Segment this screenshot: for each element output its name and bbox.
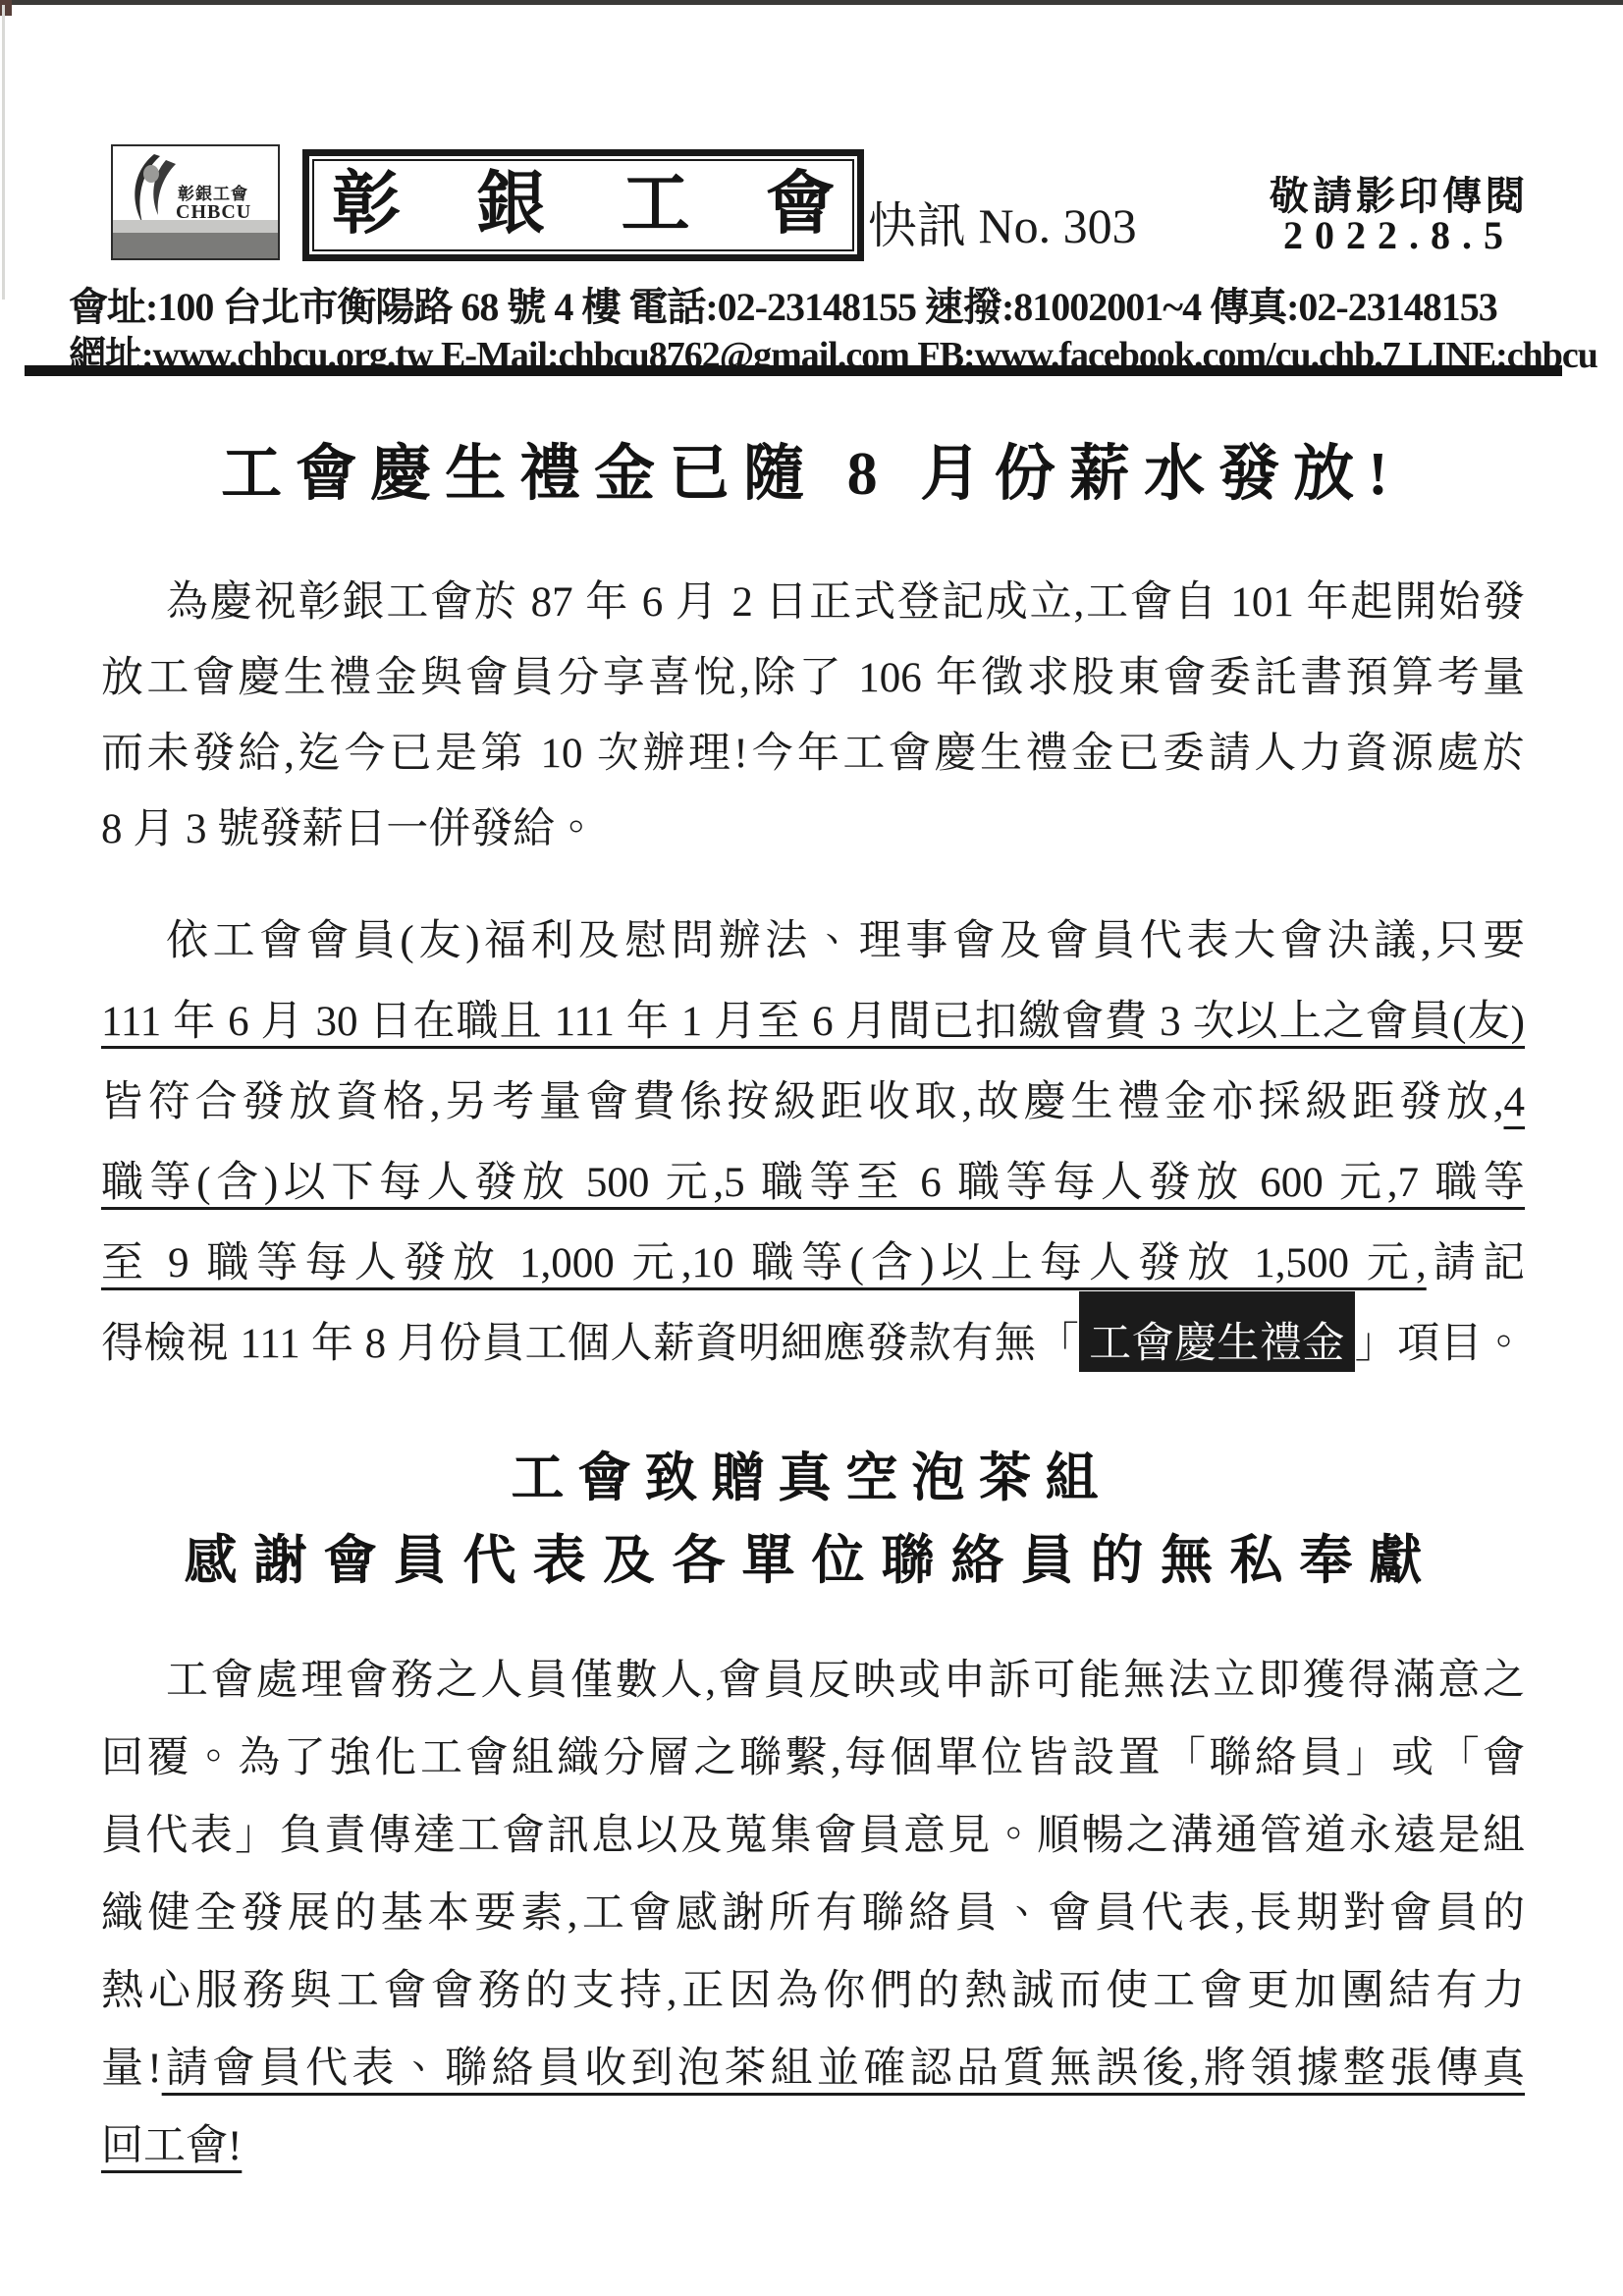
text-segment: 工會處理會務之人員僅數人,會員反映或申訴可能無法立即獲得滿意之: [166, 1658, 1525, 1704]
text-segment: 織健全發展的基本要素,工會感謝所有聯絡員、會員代表,長期對會員的: [101, 1890, 1525, 1937]
text-segment: 量!: [101, 2046, 162, 2092]
article2-title-line2: 感謝會員代表及各單位聯絡員的無私奉獻: [0, 1518, 1623, 1594]
text-line: 熱心服務與工會會務的支持,正因為你們的熱誠而使工會更加團結有力: [101, 1952, 1525, 2030]
highlighted-text: 工會慶生禮金: [1079, 1291, 1355, 1372]
underlined-text: 4: [1504, 1079, 1526, 1125]
article1-paragraph1: 為慶祝彰銀工會於 87 年 6 月 2 日正式登記成立,工會自 101 年起開始…: [101, 565, 1525, 867]
issue-date: 2022.8.5: [1259, 212, 1540, 258]
article1-paragraph2: 依工會會員(友)福利及慰問辦法、理事會及會員代表大會決議,只要111 年 6 月…: [101, 902, 1525, 1385]
article2-title-line1: 工會致贈真空泡茶組: [0, 1436, 1623, 1511]
bulletin-number: 快訊 No. 303: [868, 187, 1137, 257]
text-line: 為慶祝彰銀工會於 87 年 6 月 2 日正式登記成立,工會自 101 年起開始…: [101, 565, 1525, 640]
masthead-title-char: 銀: [476, 171, 545, 240]
scan-left-edge-artifact: [2, 5, 5, 300]
masthead-title-box-gap: 彰銀工會: [309, 156, 857, 254]
text-segment: 8 月 3 號發薪日一併發給。: [101, 806, 597, 852]
text-segment: 熱心服務與工會會務的支持,正因為你們的熱誠而使工會更加團結有力: [101, 1968, 1525, 2014]
scan-edge-line: [0, 0, 1623, 5]
logo-light-band: [113, 220, 278, 233]
masthead-title-char: 彰: [332, 171, 401, 240]
header-divider-rule: [25, 365, 1562, 376]
text-segment: 員代表」負責傳達工會訊息以及蒐集會員意見。順暢之溝通管道永遠是組: [101, 1813, 1525, 1859]
underlined-text: 111 年 6 月 30 日在職且 111 年 1 月至 6 月間已扣繳會費 3…: [101, 999, 1525, 1045]
text-line: 織健全發展的基本要素,工會感謝所有聯絡員、會員代表,長期對會員的: [101, 1875, 1525, 1952]
text-segment: 放工會慶生禮金與會員分享喜悅,除了 106 年徵求股東會委託書預算考量: [101, 655, 1525, 701]
scanned-newsletter-page: { "header": { "logo": { "name_cn": "彰銀工會…: [0, 0, 1623, 2296]
text-line: 依工會會員(友)福利及慰問辦法、理事會及會員代表大會決議,只要: [101, 902, 1525, 982]
text-line: 工會處理會務之人員僅數人,會員反映或申訴可能無法立即獲得滿意之: [101, 1642, 1525, 1720]
text-line: 8 月 3 號發薪日一併發給。: [101, 792, 1525, 867]
text-line: 量!請會員代表、聯絡員收到泡茶組並確認品質無誤後,將領據整張傳真: [101, 2030, 1525, 2107]
logo-swoosh-icon: [125, 152, 180, 229]
text-line: 回覆。為了強化工會組織分層之聯繫,每個單位皆設置「聯絡員」或「會: [101, 1720, 1525, 1797]
text-line: 111 年 6 月 30 日在職且 111 年 1 月至 6 月間已扣繳會費 3…: [101, 982, 1525, 1063]
text-line: 放工會慶生禮金與會員分享喜悅,除了 106 年徵求股東會委託書預算考量: [101, 640, 1525, 716]
text-segment: 回覆。為了強化工會組織分層之聯繫,每個單位皆設置「聯絡員」或「會: [101, 1735, 1525, 1781]
text-segment: 皆符合發放資格,另考量會費係按級距收取,故慶生禮金亦採級距發放,: [101, 1079, 1504, 1125]
underlined-text: 請會員代表、聯絡員收到泡茶組並確認品質無誤後,將領據整張傳真: [162, 2046, 1525, 2092]
masthead-title-char: 會: [766, 171, 835, 240]
text-segment: 而未發給,迄今已是第 10 次辦理!今年工會慶生禮金已委請人力資源處於: [101, 731, 1525, 777]
underlined-text: 回工會!: [101, 2123, 242, 2169]
masthead-title-char: 工: [622, 171, 690, 240]
masthead-title-box: 彰銀工會: [302, 149, 864, 261]
article1-title: 工會慶生禮金已隨 8 月份薪水發放!: [0, 424, 1623, 512]
text-segment: 為慶祝彰銀工會於 87 年 6 月 2 日正式登記成立,工會自 101 年起開始…: [166, 579, 1525, 626]
text-line: 而未發給,迄今已是第 10 次辦理!今年工會慶生禮金已委請人力資源處於: [101, 716, 1525, 792]
union-logo-inner: 彰銀工會 CHBCU: [113, 146, 278, 258]
text-segment: 請記: [1427, 1240, 1525, 1286]
text-segment: 得檢視 111 年 8 月份員工個人薪資明細應發款有無「: [101, 1321, 1079, 1367]
underlined-text: 職等(含)以下每人發放 500 元,5 職等至 6 職等每人發放 600 元,7…: [101, 1160, 1525, 1206]
text-line: 回工會!: [101, 2107, 1525, 2185]
logo-dark-band: [113, 233, 278, 258]
masthead-title: 彰銀工會: [312, 159, 854, 251]
text-line: 員代表」負責傳達工會訊息以及蒐集會員意見。順暢之溝通管道永遠是組: [101, 1797, 1525, 1875]
underlined-text: 至 9 職等每人發放 1,000 元,10 職等(含)以上每人發放 1,500 …: [101, 1240, 1427, 1286]
article2-paragraph1: 工會處理會務之人員僅數人,會員反映或申訴可能無法立即獲得滿意之回覆。為了強化工會…: [101, 1642, 1525, 2185]
text-line: 職等(含)以下每人發放 500 元,5 職等至 6 職等每人發放 600 元,7…: [101, 1143, 1525, 1224]
union-logo: 彰銀工會 CHBCU: [111, 144, 280, 260]
text-line: 得檢視 111 年 8 月份員工個人薪資明細應發款有無「工會慶生禮金」項目。: [101, 1304, 1525, 1385]
text-segment: 依工會會員(友)福利及慰問辦法、理事會及會員代表大會決議,只要: [166, 918, 1525, 964]
text-line: 皆符合發放資格,另考量會費係按級距收取,故慶生禮金亦採級距發放,4: [101, 1063, 1525, 1143]
text-segment: 」項目。: [1355, 1321, 1525, 1367]
